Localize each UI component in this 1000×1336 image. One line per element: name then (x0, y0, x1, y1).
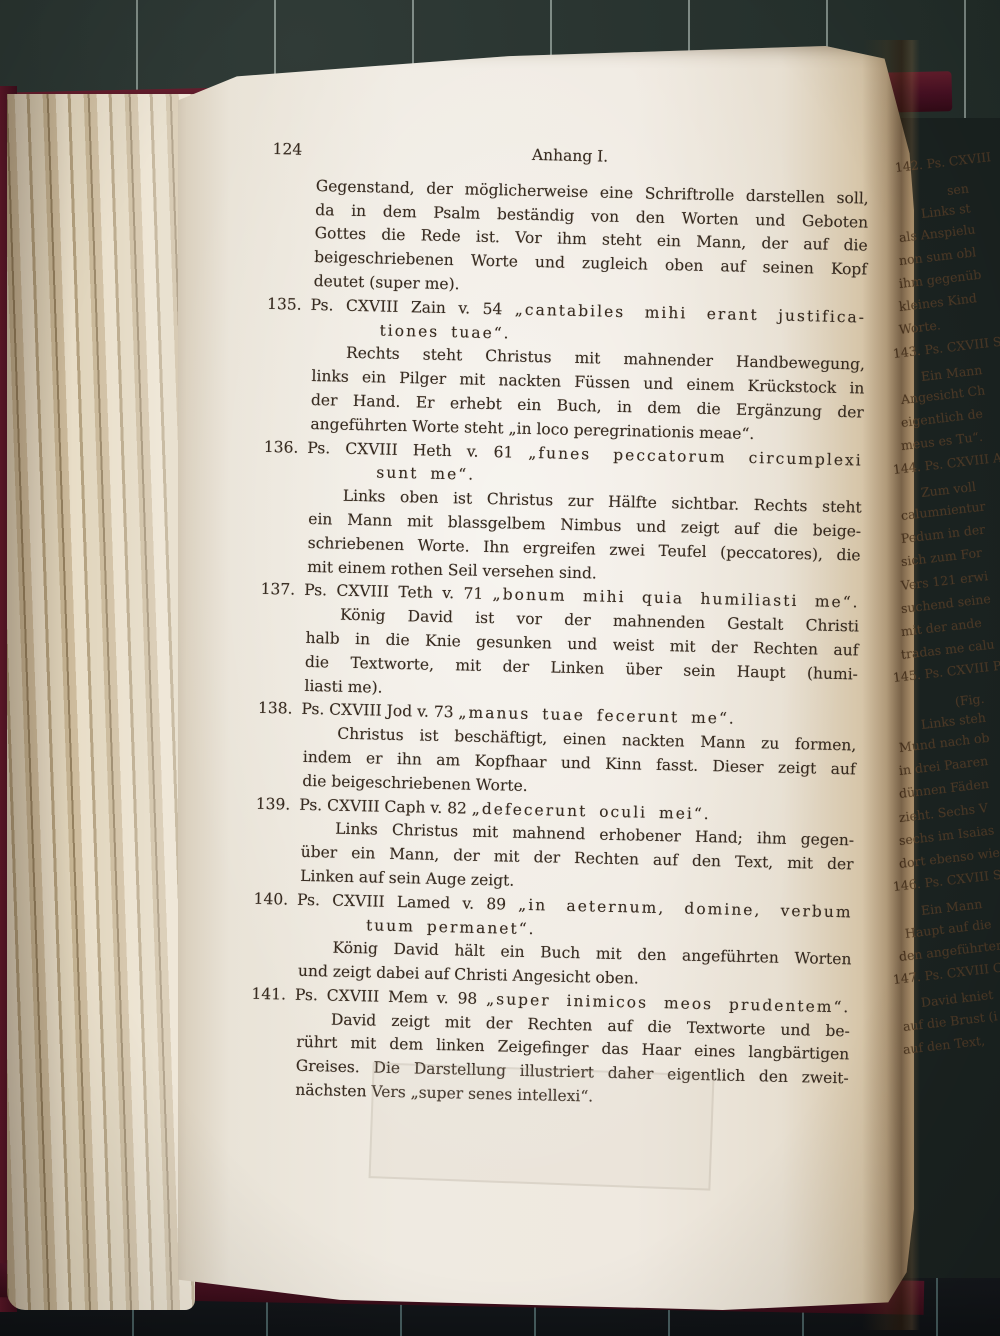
left-page: 124 Anhang I. Gegenstand, der möglicherw… (178, 46, 914, 1310)
entry-psalm-ref: Ps. CXVIII Caph v. 82 (299, 795, 472, 817)
page-number: 124 (272, 138, 302, 162)
entry-quote: sunt me“. (376, 464, 475, 484)
catalog-entry: 135.Ps. CXVIII Zain v. 54 „cantabiles mi… (264, 293, 866, 449)
catalog-entry: 136.Ps. CXVIII Heth v. 61 „funes peccato… (261, 435, 863, 591)
entry-number: 140. (253, 889, 288, 908)
entry-quote: „manus tuae fecerunt me“. (458, 704, 736, 728)
entry-psalm-ref: Ps. CXVIII Jod v. 73 (301, 700, 458, 722)
entry-number: 141. (251, 985, 286, 1004)
entry-number: 135. (267, 295, 302, 314)
entry-quote: „cantabiles mihi erant justifica- (515, 300, 867, 326)
show-through-mark (369, 1062, 715, 1190)
running-header: Anhang I. (532, 146, 609, 166)
entry-psalm-ref: Ps. CXVIII Heth v. 61 (307, 438, 528, 461)
entry-number: 136. (264, 437, 299, 456)
book-photo: 124 Anhang I. Gegenstand, der möglicherw… (0, 0, 1000, 1336)
page-edges-stack (7, 94, 195, 1310)
gutter-shadow (862, 40, 920, 1330)
entry-quote: tiones tuae“. (379, 321, 510, 342)
intro-paragraph: Gegenstand, der möglicherweise eine Schr… (267, 174, 869, 307)
page-head-row: 124 Anhang I. (270, 138, 869, 175)
entry-number: 137. (260, 580, 295, 599)
catalog-entry: 139.Ps. CXVIII Caph v. 82 „defecerunt oc… (254, 792, 855, 901)
entry-quote: „funes peccatorum circumplexi (528, 443, 863, 469)
entries-list: 135.Ps. CXVIII Zain v. 54 „cantabiles mi… (249, 293, 866, 1115)
entry-psalm-ref: Ps. CXVIII Mem v. 98 (295, 986, 487, 1008)
entry-psalm-ref: Ps. CXVIII Lamed v. 89 (297, 890, 519, 913)
entry-quote: tuum permanet“. (366, 916, 536, 938)
entry-number: 138. (258, 699, 293, 718)
catalog-entry: 138.Ps. CXVIII Jod v. 73 „manus tuae fec… (256, 697, 857, 806)
entry-number: 139. (256, 794, 291, 813)
entry-quote: „defecerunt oculi mei“. (472, 799, 711, 822)
entry-psalm-ref: Ps. CXVIII Zain v. 54 (310, 296, 515, 319)
entry-quote: „in aeternum, domine, verbum (518, 895, 853, 921)
entry-psalm-ref: Ps. CXVIII Teth v. 71 (304, 581, 493, 603)
left-page-text: 124 Anhang I. Gegenstand, der möglicherw… (244, 46, 872, 1323)
catalog-entry: 137.Ps. CXVIII Teth v. 71 „bonum mihi qu… (258, 578, 860, 711)
catalog-entry: 140.Ps. CXVIII Lamed v. 89 „in aeternum,… (252, 887, 853, 996)
